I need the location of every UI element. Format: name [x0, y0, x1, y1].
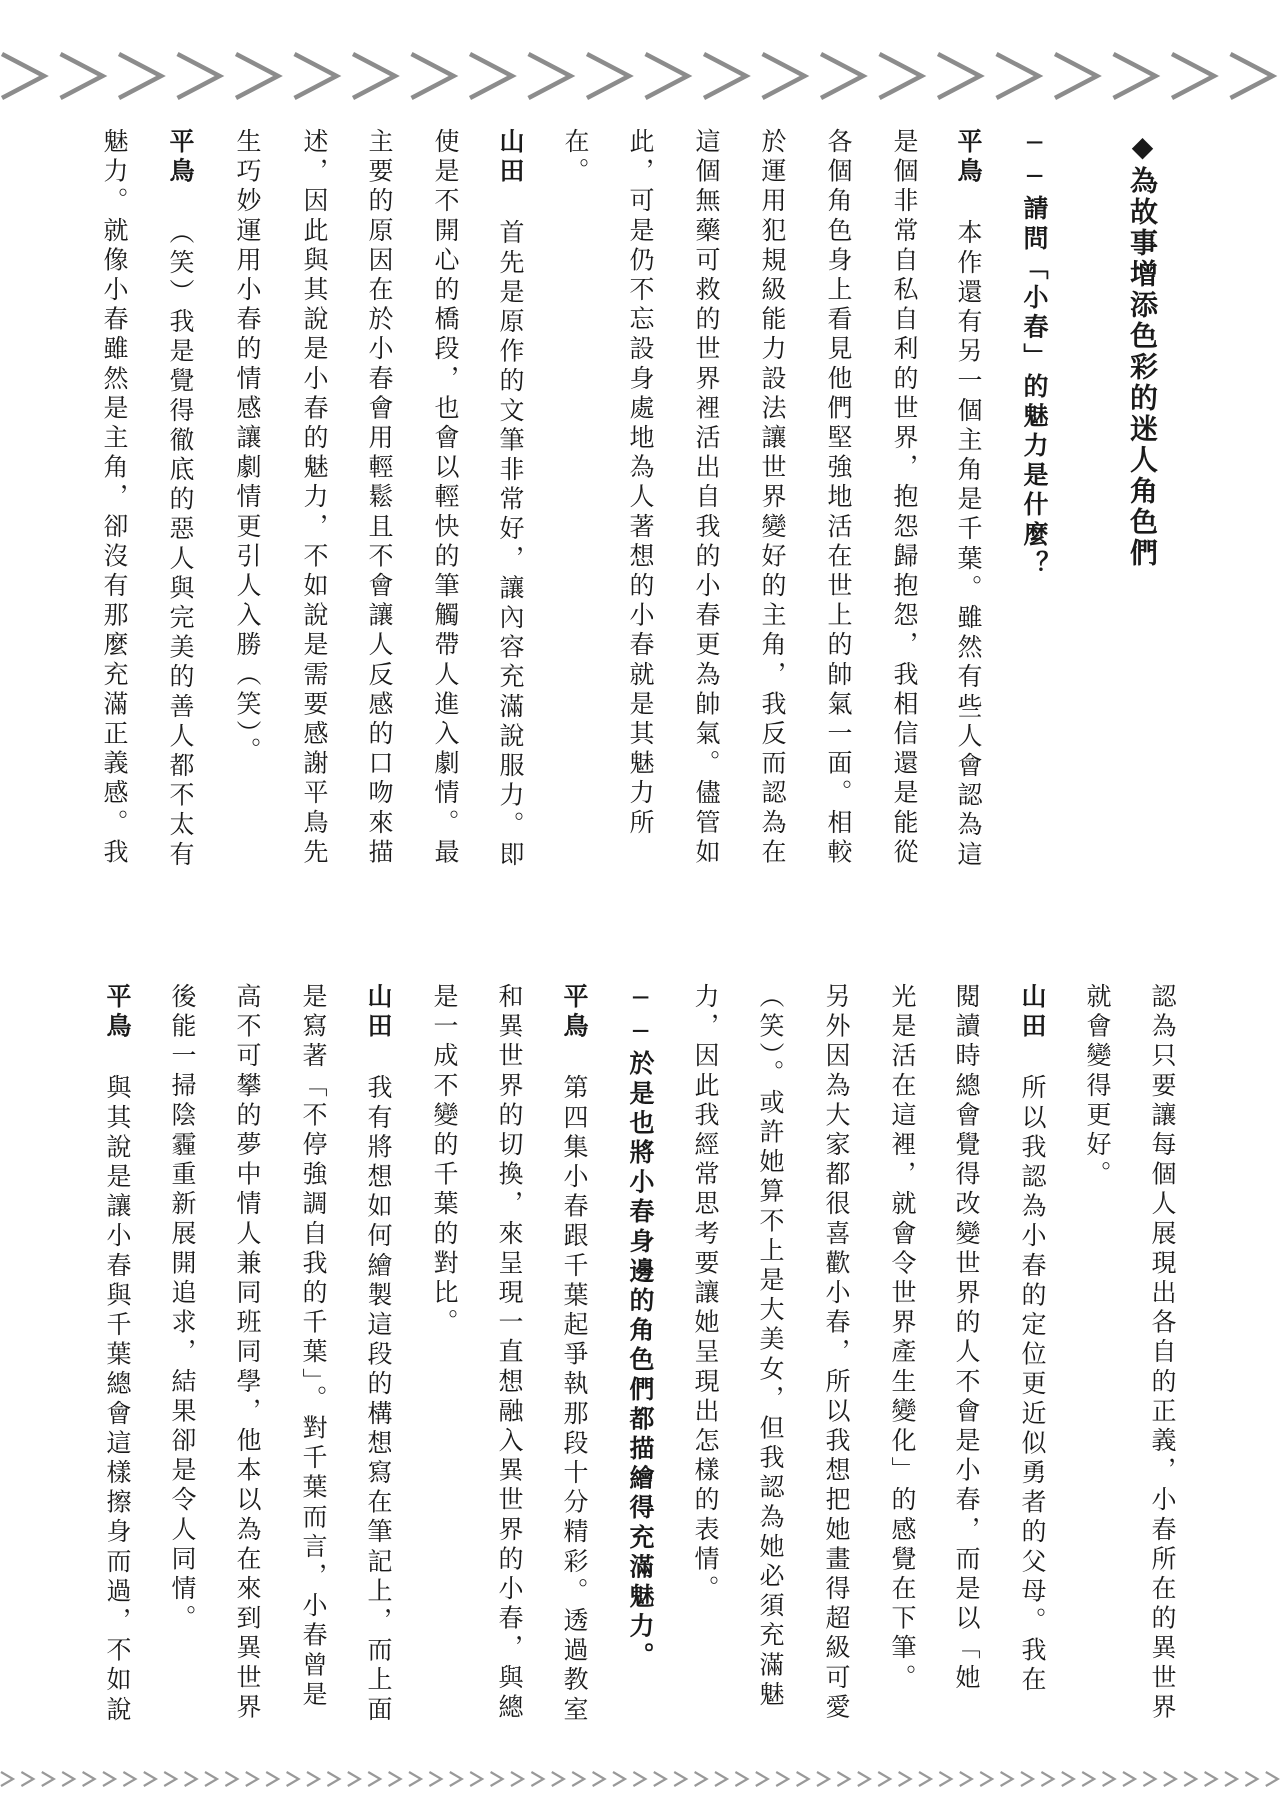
column-text: 高不可攀的夢中情人兼同班同學，他本以為在來到異世界	[233, 983, 262, 1723]
column-text: 是寫著「不停強調自我的千葉」。對千葉而言，小春曾是	[299, 983, 328, 1711]
text-column: 是一成不變的千葉的對比。	[425, 983, 459, 1338]
text-column: 後能一掃陰霾重新展開追求，結果卻是令人同情。	[163, 983, 197, 1634]
text-column: 和異世界的切換，來呈現一直想融入異世界的小春，與總	[490, 983, 524, 1723]
text-column: 於運用犯規級能力設法讓世界變好的主角，我反而認為在	[753, 128, 787, 868]
question-text: ──於是也將小春身邊的角色們都描繪得充滿魅力。	[626, 983, 655, 1672]
chevron-band-top	[0, 50, 1280, 102]
text-column: 各個角色身上看見他們堅強地活在世上的帥氣一面。相較	[819, 128, 853, 868]
column-text: 各個角色身上看見他們堅強地活在世上的帥氣一面。相較	[824, 128, 853, 868]
section-title: ◆為故事增添色彩的迷人角色們	[1122, 130, 1162, 569]
text-column: 力，因此我經常思考要讓她呈現出怎樣的表情。	[686, 983, 720, 1605]
text-column: 主要的原因在於小春會用輕鬆且不會讓人反感的口吻來描	[360, 128, 394, 868]
text-column: 此，可是仍不忘設身處地為人著想的小春就是其魅力所	[621, 128, 655, 838]
text-column: （笑）。或許她算不上是大美女，但我認為她必須充滿魅	[751, 983, 785, 1711]
speaker-text: 本作還有另一個主角是千葉。雖然有些人會認為這	[954, 219, 983, 870]
speaker-name: 山田	[495, 128, 525, 187]
speaker-text: 與其說是讓小春與千葉總會這樣擦身而過，不如說	[103, 1074, 132, 1725]
column-text: 後能一掃陰霾重新展開追求，結果卻是令人同情。	[168, 983, 197, 1634]
text-column: 這個無藥可救的世界裡活出自我的小春更為帥氣。儘管如	[687, 128, 721, 868]
speaker-name: 山田	[1017, 983, 1047, 1042]
text-column: 另外因為大家都很喜歡小春，所以我想把她畫得超級可愛	[817, 983, 851, 1723]
speaker-name: 平鳥	[102, 983, 132, 1042]
speaker-text: 第四集小春跟千葉起爭執那段十分精彩。透過教室	[560, 1074, 589, 1725]
column-text: 認為只要讓每個人展現出各自的正義，小春所在的異世界	[1148, 983, 1177, 1723]
column-text: 魅力。就像小春雖然是主角，卻沒有那麼充滿正義感。我	[100, 128, 129, 868]
column-text: 主要的原因在於小春會用輕鬆且不會讓人反感的口吻來描	[365, 128, 394, 868]
speaker-text: 我有將想如何繪製這段的構想寫在筆記上，而上面	[364, 1074, 393, 1725]
speaker-line: 山田首先是原作的文筆非常好，讓內容充滿說服力。即	[491, 128, 525, 870]
column-text: 此，可是仍不忘設身處地為人著想的小春就是其魅力所	[626, 128, 655, 838]
text-column: 在。	[556, 128, 590, 187]
text-column: 就會變得更好。	[1078, 983, 1112, 1190]
column-text: （笑）。或許她算不上是大美女，但我認為她必須充滿魅	[756, 983, 785, 1711]
speaker-name: 平鳥	[165, 128, 195, 187]
speaker-name: 平鳥	[559, 983, 589, 1042]
speaker-line: 平鳥與其說是讓小春與千葉總會這樣擦身而過，不如說	[98, 983, 132, 1725]
text-column: 光是活在這裡，就會令世界產生變化」的感覺在下筆。	[883, 983, 917, 1693]
text-column: 生巧妙運用小春的情感讓劇情更引人入勝（笑）。	[228, 128, 262, 767]
text-column: 是寫著「不停強調自我的千葉」。對千葉而言，小春曾是	[294, 983, 328, 1711]
column-text: 光是活在這裡，就會令世界產生變化」的感覺在下筆。	[888, 983, 917, 1693]
column-text: 和異世界的切換，來呈現一直想融入異世界的小春，與總	[495, 983, 524, 1723]
interview-question: ──請問「小春」的魅力是什麼？	[1015, 128, 1049, 580]
speaker-text: （笑）我是覺得徹底的惡人與完美的善人都不太有	[166, 219, 195, 870]
interview-question: ──於是也將小春身邊的角色們都描繪得充滿魅力。	[621, 983, 655, 1672]
speaker-line: 平鳥本作還有另一個主角是千葉。雖然有些人會認為這	[949, 128, 983, 870]
speaker-text: 所以我認為小春的定位更近似勇者的父母。我在	[1018, 1074, 1047, 1696]
speaker-line: 山田所以我認為小春的定位更近似勇者的父母。我在	[1013, 983, 1047, 1696]
column-text: 生巧妙運用小春的情感讓劇情更引人入勝（笑）。	[233, 128, 262, 767]
text-column: 魅力。就像小春雖然是主角，卻沒有那麼充滿正義感。我	[95, 128, 129, 868]
column-text: 另外因為大家都很喜歡小春，所以我想把她畫得超級可愛	[822, 983, 851, 1723]
text-column: 使是不開心的橋段，也會以輕快的筆觸帶人進入劇情。最	[426, 128, 460, 868]
text-column: 閱讀時總會覺得改變世界的人不會是小春，而是以「她	[947, 983, 981, 1693]
text-column: 述，因此與其說是小春的魅力，不如說是需要感謝平鳥先	[295, 128, 329, 868]
text-column: 認為只要讓每個人展現出各自的正義，小春所在的異世界	[1143, 983, 1177, 1723]
column-text: 這個無藥可救的世界裡活出自我的小春更為帥氣。儘管如	[692, 128, 721, 868]
speaker-name: 山田	[363, 983, 393, 1042]
speaker-line: 平鳥第四集小春跟千葉起爭執那段十分精彩。透過教室	[555, 983, 589, 1725]
speaker-text: 首先是原作的文筆非常好，讓內容充滿說服力。即	[496, 219, 525, 870]
section-title-text: 為故事增添色彩的迷人角色們	[1126, 166, 1159, 569]
speaker-line: 平鳥（笑）我是覺得徹底的惡人與完美的善人都不太有	[161, 128, 195, 870]
diamond-bullet-icon: ◆	[1126, 130, 1159, 166]
question-text: ──請問「小春」的魅力是什麼？	[1020, 128, 1049, 580]
speaker-name: 平鳥	[953, 128, 983, 187]
column-text: 閱讀時總會覺得改變世界的人不會是小春，而是以「她	[952, 983, 981, 1693]
column-text: 使是不開心的橋段，也會以輕快的筆觸帶人進入劇情。最	[431, 128, 460, 868]
text-column: 是個非常自私自利的世界，抱怨歸抱怨，我相信還是能從	[885, 128, 919, 868]
column-text: 力，因此我經常思考要讓她呈現出怎樣的表情。	[691, 983, 720, 1605]
column-text: 在。	[561, 128, 590, 187]
column-text: 於運用犯規級能力設法讓世界變好的主角，我反而認為在	[758, 128, 787, 868]
column-text: 就會變得更好。	[1083, 983, 1112, 1190]
speaker-line: 山田我有將想如何繪製這段的構想寫在筆記上，而上面	[359, 983, 393, 1725]
column-text: 述，因此與其說是小春的魅力，不如說是需要感謝平鳥先	[300, 128, 329, 868]
column-text: 是個非常自私自利的世界，抱怨歸抱怨，我相信還是能從	[890, 128, 919, 868]
chevron-band-bottom	[0, 1770, 1280, 1788]
text-column: 高不可攀的夢中情人兼同班同學，他本以為在來到異世界	[228, 983, 262, 1723]
column-text: 是一成不變的千葉的對比。	[430, 983, 459, 1338]
